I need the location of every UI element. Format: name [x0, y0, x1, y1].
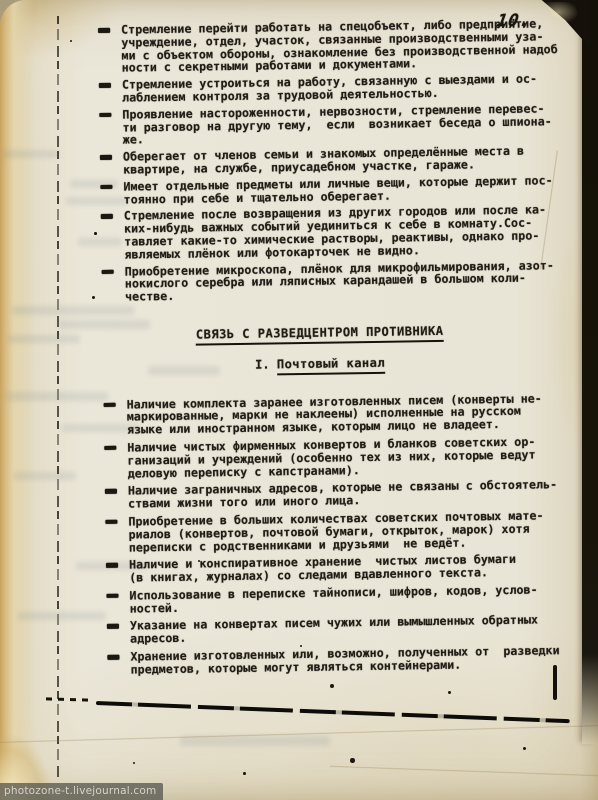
- list-item-text: Приобретение в больших количествах совет…: [128, 509, 582, 554]
- bullet-dash-icon: [100, 185, 112, 190]
- section-heading: СВЯЗЬ С РАЗВЕДЦЕНТРОМ ПРОТИВНИКА: [196, 325, 444, 345]
- list-item-text: Использование в переписке тайнописи, шиф…: [129, 583, 582, 615]
- ink-speck: [350, 758, 355, 763]
- list-item-text: Имеет отдельные предметы или личные вещи…: [123, 174, 576, 206]
- list-item-text: Наличие чистых фирменных конвертов и бла…: [127, 435, 581, 480]
- watermark-label: photozone-t.livejournal.com: [0, 783, 163, 800]
- list-item-text: Стремление устроиться на работу, связанн…: [122, 72, 575, 104]
- list-item-text: Хранение изготовленных или, возможно, по…: [130, 644, 583, 676]
- bullet-dash-icon: [99, 113, 111, 118]
- list-item: Указание на конвертах писем чужих или вы…: [107, 613, 583, 646]
- ink-speck: [523, 747, 526, 750]
- list-item: Хранение изготовленных или, возможно, по…: [107, 644, 583, 677]
- list-item: Оберегает от членов семьи и знакомых опр…: [100, 144, 576, 177]
- list-item-text: Наличие комплекта заранее изготовленных …: [127, 391, 581, 436]
- bleedthrough-stain: [14, 472, 76, 480]
- list-item: Приобретение микроскопа, плёнок для микр…: [102, 258, 579, 303]
- bullet-dash-icon: [99, 83, 111, 88]
- bleedthrough-stain: [6, 392, 108, 401]
- subsection-heading-wrap: I. Почтовый канал: [103, 354, 537, 377]
- list-item: Проявление настороженности, нервозности,…: [99, 102, 576, 147]
- ink-speck: [70, 40, 72, 42]
- list-item: Наличие комплекта заранее изготовленных …: [104, 391, 581, 436]
- bleedthrough-stain: [8, 335, 80, 343]
- bullet-dash-icon: [105, 520, 117, 525]
- list-item: Наличие чистых фирменных конвертов и бла…: [104, 435, 581, 480]
- section-heading-wrap: СВЯЗЬ С РАЗВЕДЦЕНТРОМ ПРОТИВНИКА: [103, 323, 537, 346]
- ink-speck: [448, 691, 451, 694]
- list-item-text: Наличие заграничных адресов, которые не …: [128, 478, 581, 510]
- list-item-text: Указание на конвертах писем чужих или вы…: [130, 613, 583, 645]
- scanned-document-photo: Стремление перейти работать на спецобъек…: [0, 0, 598, 800]
- bullet-dash-icon: [107, 624, 119, 629]
- list-item-text: Проявление настороженности, нервозности,…: [122, 102, 576, 147]
- bullet-dash-icon: [106, 594, 118, 599]
- ink-speck: [330, 684, 334, 688]
- list-item: Стремление после возвращения из других г…: [101, 203, 578, 261]
- page-number: 10.: [495, 11, 532, 32]
- ink-speck: [92, 296, 95, 299]
- typewritten-text-block: Стремление перейти работать на спецобъек…: [98, 17, 584, 682]
- ink-speck: [300, 645, 302, 647]
- list-item-text: Наличие и конспиративное хранение чистых…: [129, 552, 582, 584]
- bullet-dash-icon: [106, 563, 118, 568]
- ink-speck: [198, 560, 200, 562]
- checklist-espionage-signs: Стремление перейти работать на спецобъек…: [98, 17, 578, 304]
- ink-speck: [243, 772, 246, 775]
- list-item: Использование в переписке тайнописи, шиф…: [106, 583, 582, 616]
- list-item: Стремление устроиться на работу, связанн…: [99, 72, 575, 105]
- list-item: Наличие заграничных адресов, которые не …: [105, 478, 581, 511]
- bullet-dash-icon: [104, 402, 116, 407]
- book-edge-shadow: [582, 0, 598, 744]
- bullet-dash-icon: [100, 155, 112, 160]
- margin-tick-mark: [553, 665, 557, 700]
- list-item-text: Стремление после возвращения из других г…: [124, 203, 578, 261]
- subsection-heading: Почтовый канал: [277, 357, 386, 375]
- list-item: Приобретение в больших количествах совет…: [105, 509, 582, 554]
- list-item-text: Оберегает от членов семьи и знакомых опр…: [123, 144, 576, 176]
- list-item-text: Приобретение микроскопа, плёнок для микр…: [125, 258, 579, 303]
- bullet-dash-icon: [101, 214, 113, 219]
- bleedthrough-stain: [4, 150, 59, 158]
- bleedthrough-stain: [18, 612, 106, 620]
- ink-speck: [94, 232, 97, 235]
- ink-speck: [133, 762, 135, 764]
- bullet-dash-icon: [102, 269, 114, 274]
- checklist-postal-channel: Наличие комплекта заранее изготовленных …: [104, 391, 584, 676]
- bullet-dash-icon: [107, 655, 119, 660]
- list-item: Имеет отдельные предметы или личные вещи…: [100, 174, 576, 207]
- subsection-number: I.: [255, 357, 270, 371]
- bullet-dash-icon: [105, 489, 117, 494]
- bullet-dash-icon: [104, 446, 116, 451]
- list-item: Наличие и конспиративное хранение чистых…: [106, 552, 582, 585]
- bullet-dash-icon: [98, 28, 110, 33]
